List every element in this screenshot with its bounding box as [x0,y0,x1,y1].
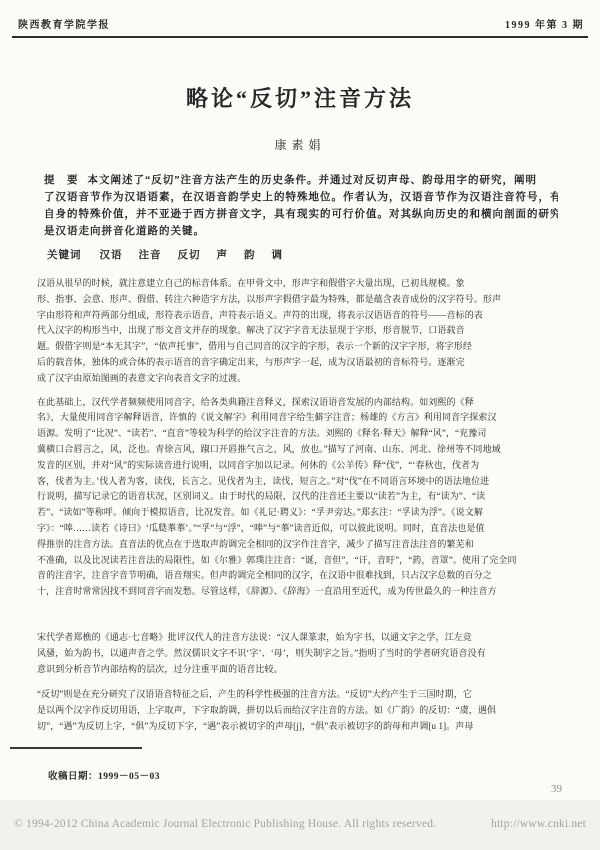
keywords-line: 关键词汉语注音反切声韵调 [47,247,560,262]
header-rule [12,36,588,38]
keyword-term: 注音 [139,247,162,262]
text-line: 题。假借字则是“本无其字”，“依声托事”，借用与自己同音的汉字的字形，表示一个新… [37,339,564,355]
received-label: 收稿日期： [48,772,98,782]
abstract-line: 自身的特殊价值，并不亚逊于西方拼音文字，具有现实的可行价值。对其纵向历史的和横向… [44,206,558,223]
text-line: 名》，大量使用同音字解释语音，许慎的《说文解字》利用同音字给生僻字注音；杨雄的《… [37,410,564,426]
text-line: 音的注音字，注音字音节明确，语音翔实。但声韵调完全相同的汉字，在汉语中很难找到，… [37,568,564,584]
text-line: 成了汉字由原始图画的表意文字向表音文字的过渡。 [37,371,564,387]
text-line: 宋代学者郑樵的《通志·七音略》批评汉代人的注音方法说：“汉人课篆隶，始为字书，以… [37,630,564,646]
body-paragraph: “反切”则是在充分研究了汉语语音特征之后，产生的科学性极强的注音方法。“反切”大… [37,687,564,734]
text-line: 发音的区别，并对“风”的实际读音进行说明，以同音字加以记录。何休的《公羊传》释“… [37,458,564,474]
copyright-text: © 1994-2012 China Academic Journal Elect… [14,818,436,830]
abstract-line: 了汉语音节作为汉语语素，在汉语音韵学史上的特殊地位。作者认为，汉语音节作为汉语注… [44,189,558,206]
text-line: 后的载音体，独体的或合体的表示语音的音字确定出来，与形声字一起，成为汉语最初的音… [37,355,564,371]
text-line: 在此基础上，汉代学者频频使用同音字，给各类典籍注音释义，探索汉语语音发展的内部结… [37,395,564,411]
keyword-term: 汉语 [100,247,123,262]
abstract-line: 是汉语走向拼音化道路的关键。 [44,223,558,240]
text-line: 得推崇的注音方法。直音法的优点在于选取声韵调完全相同的汉字作注音字，减少了描写注… [37,537,564,553]
page-number: 39 [551,783,562,795]
footnote-rule [10,747,142,749]
abstract-label: 提 要 [44,175,79,186]
abstract-line: 提 要本文阐述了“反切”注音方法产生的历史条件。并通过对反切声母、韵母用字的研究… [44,172,558,189]
text-line: “反切”则是在充分研究了汉语语音特征之后，产生的科学性极强的注音方法。“反切”大… [37,687,564,703]
text-line: 汉语从很早的时候，就注意建立自己的标音体系。在甲骨文中，形声字和假借字大量出现，… [37,276,564,292]
text-line: 行说明，描写记录它的语音状况，区别词义。由于时代的局限，汉代的注音还主要以“读若… [37,489,564,505]
keyword-term: 声 [217,247,229,262]
scan-footer: © 1994-2012 China Academic Journal Elect… [14,818,586,830]
text-line: 客，伐者为主。’伐人者为客，读伐，长言之。见伐者为主，读伐，短言之。”对“伐”在… [37,474,564,490]
page-header: 陕西教育学院学报 1999 年第 3 期 [18,16,584,31]
text-line: 切”，“遇”为反切上字，“俱”为反切下字，“遇”表示被切字的声母[j]，“俱”表… [37,719,564,735]
text-line: 冀横口合唇言之，风，泛也。青徐言风，踧口开唇推气言之，风，放也。”描写了河南、山… [37,442,564,458]
text-line: 意识到分析音节内部结构的层次，过分注重平面的语音比较。 [37,662,564,678]
keywords-label: 关键词 [47,247,82,262]
abstract-text: 本文阐述了“反切”注音方法产生的历史条件。并通过对反切声母、韵母用字的研究，阐明 [88,175,538,186]
text-line: 十，注音时常常因找不到同音字而发愁。尽管这样，《辞源》、《辞海》一直沿用至近代，… [37,584,564,600]
issue-label: 1999 年第 3 期 [505,16,584,31]
keyword-term: 反切 [178,247,201,262]
article-author: 康素娟 [0,136,600,153]
body-paragraph: 汉语从很早的时候，就注意建立自己的标音体系。在甲骨文中，形声字和假借字大量出现，… [37,276,564,387]
journal-name: 陕西教育学院学报 [18,16,110,31]
text-line: 不准确，以及比况读若注音法的局限性，如《尔雅》郭璞注注音：“诞，音但”，“讦，音… [37,553,564,569]
text-line: 若”、“读如”等称呼。倾向于模拟语音，比况发音。如《礼记·聘义》：“孚尹旁达。”… [37,505,564,521]
received-date: 1999－05－03 [98,772,160,782]
text-line: 字》：“唪……读若《诗曰》‘瓜瓞菶菶’。”“孚”与“浮”，“唪”与“菶”读音近似… [37,521,564,537]
cnki-url: http://www.cnki.net [491,818,586,830]
text-line: 代入汉字的构形当中，出现了形文音文并存的现象。解决了汉字字音无法显现于字形，形音… [37,323,564,339]
abstract-block: 提 要本文阐述了“反切”注音方法产生的历史条件。并通过对反切声母、韵母用字的研究… [44,172,558,240]
body-paragraph: 在此基础上，汉代学者频频使用同音字，给各类典籍注音释义，探索汉语语音发展的内部结… [37,395,564,600]
article-title: 略论“反切”注音方法 [0,82,600,113]
received-date-line: 收稿日期：1999－05－03 [48,768,160,782]
text-line: 是以两个汉字作反切用语，上字取声，下字取韵调，拼切以后而给汉字注音的方法。如《广… [37,703,564,719]
text-line: 形、指事、会意、形声、假借、转注六种造字方法，以形声字假借字最为特殊，都是蕴含表… [37,292,564,308]
text-line: 字由形符和声符两部分组成，形符表示语音，声符表示语义。声符的出现，将表示汉语语音… [37,308,564,324]
body-paragraph: 宋代学者郑樵的《通志·七音略》批评汉代人的注音方法说：“汉人课篆隶，始为字书，以… [37,630,564,677]
article-body: 汉语从很早的时候，就注意建立自己的标音体系。在甲骨文中，形声字和假借字大量出现，… [37,276,564,735]
text-line: 语源。发明了“比况”、“读若”、“直音”等较为科学的给汉字注音的方法。刘熙的《释… [37,426,564,442]
keyword-term: 调 [272,247,284,262]
keywords-terms: 汉语注音反切声韵调 [100,250,300,261]
text-line: 风骚，始为韵书，以通声音之学。然汉儒识文字不识‘字’、‘母’，则失制字之旨。”指… [37,646,564,662]
keyword-term: 韵 [244,247,256,262]
